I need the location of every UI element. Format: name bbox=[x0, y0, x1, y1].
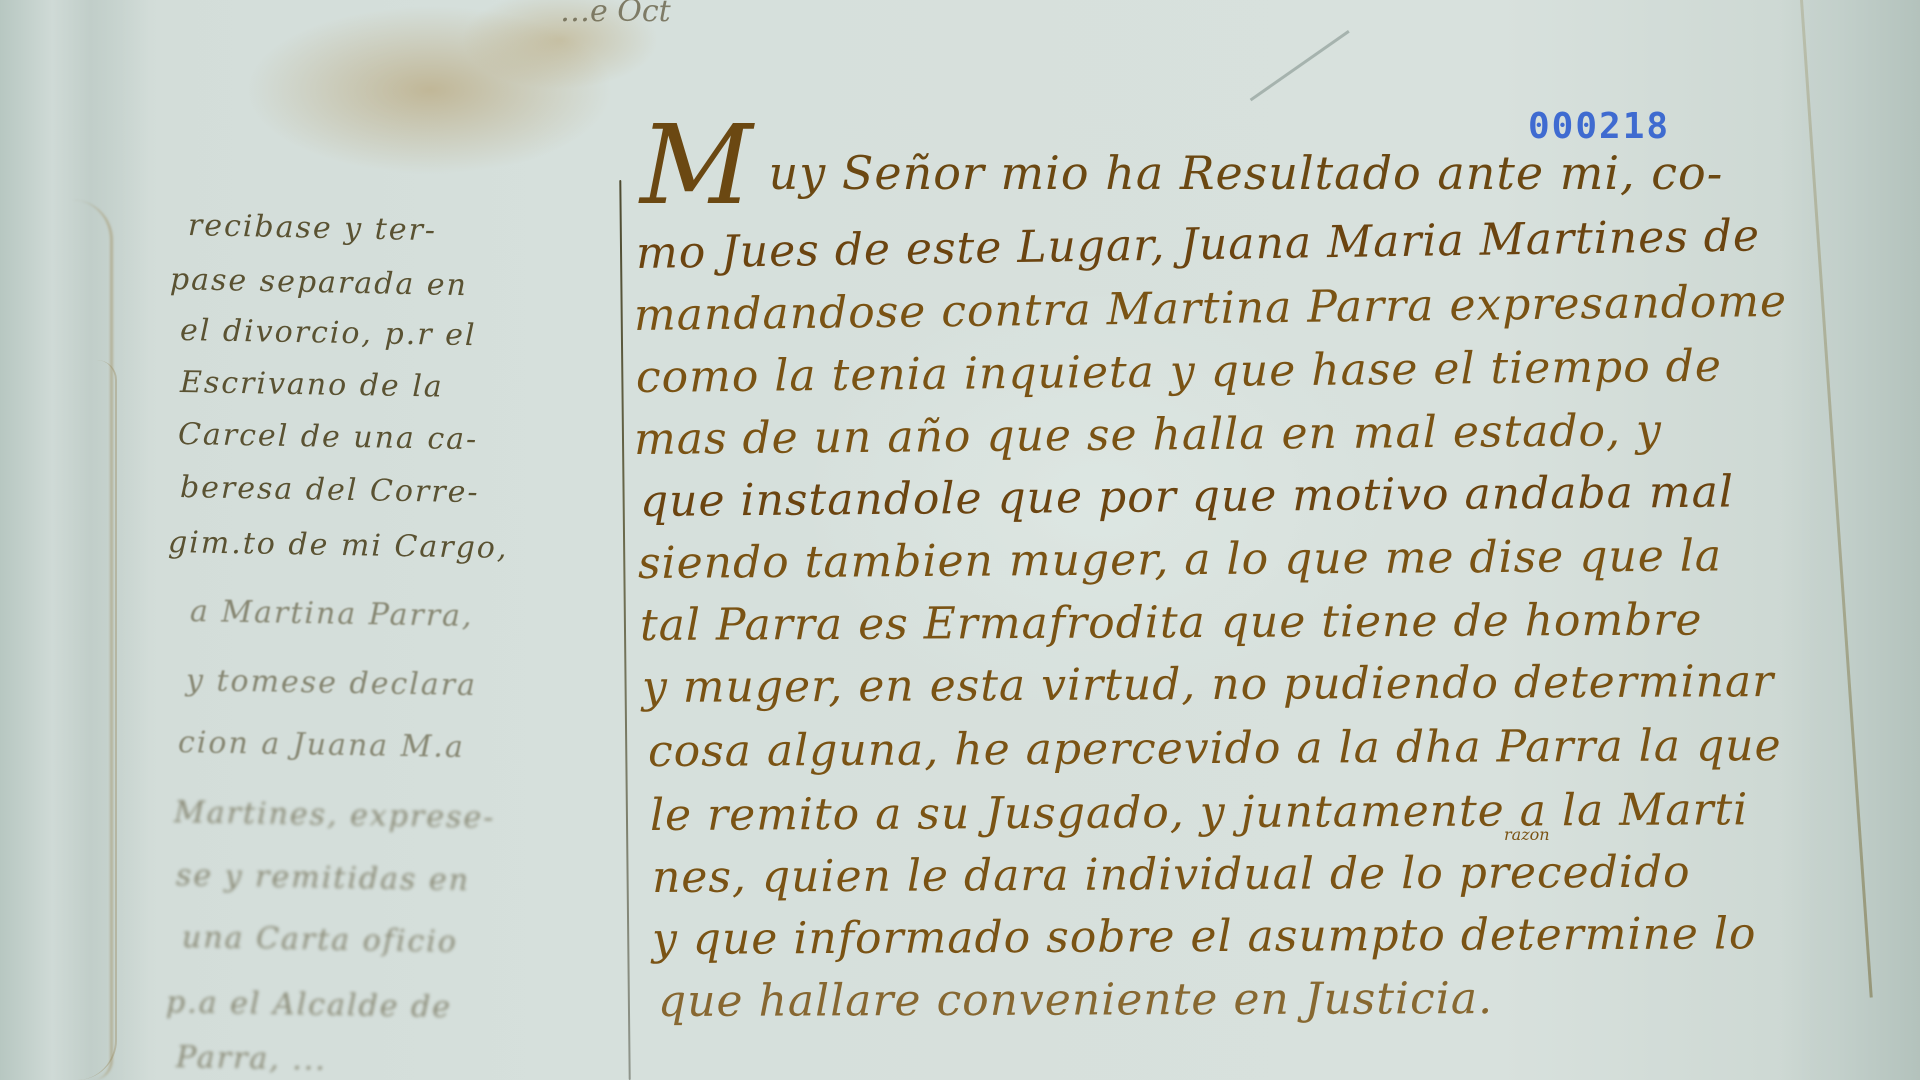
body-line: le remito a su Jusgado, y juntamente a l… bbox=[650, 784, 1749, 841]
body-line: como la tenia inquieta y que hase el tie… bbox=[636, 341, 1722, 403]
body-line: siendo tambien muger, a lo que me dise q… bbox=[638, 530, 1722, 589]
margin-line: y tomese declara bbox=[186, 663, 478, 703]
salutation: Muy Señor mio ha Resultado ante mi, co- bbox=[640, 110, 1723, 220]
margin-line: Carcel de una ca- bbox=[178, 417, 479, 457]
salutation-initial: M bbox=[640, 101, 753, 229]
margin-line: el divorcio, p.r el bbox=[180, 313, 477, 353]
margin-line: Escrivano de la bbox=[180, 365, 444, 405]
paper-edge-right bbox=[1780, 0, 1920, 1080]
body-line: nes, quien le dara individual de lo prec… bbox=[652, 847, 1691, 903]
margin-line: Martines, exprese- bbox=[174, 795, 496, 836]
torn-edge-inner bbox=[55, 360, 117, 1080]
manuscript-photo: …e Oct 000218 recibase y ter- pase separ… bbox=[0, 0, 1920, 1080]
pencil-mark bbox=[1250, 30, 1350, 101]
body-line: mo Jues de este Lugar, Juana Maria Marti… bbox=[636, 210, 1761, 279]
margin-line: se y remitidas en bbox=[176, 858, 471, 898]
margin-line: p.a el Alcalde de bbox=[166, 985, 453, 1025]
margin-line: a Martina Parra, bbox=[190, 594, 474, 634]
body-line: que instandole que por que motivo andaba… bbox=[640, 466, 1734, 527]
margin-divider-line bbox=[619, 180, 630, 1080]
margin-line: Parra, ... bbox=[176, 1040, 328, 1078]
body-line: y muger, en esta virtud, no pudiendo det… bbox=[642, 656, 1774, 713]
margin-line: recibase y ter- bbox=[188, 208, 438, 248]
margin-line: cion a Juana M.a bbox=[178, 725, 465, 765]
margin-line: una Carta oficio bbox=[182, 920, 459, 960]
body-line: mandandose contra Martina Parra expresan… bbox=[634, 276, 1788, 341]
margin-line: beresa del Corre- bbox=[180, 470, 480, 510]
margin-line: pase separada en bbox=[170, 262, 469, 303]
body-line: tal Parra es Ermafrodita que tiene de ho… bbox=[640, 594, 1703, 651]
body-line: que hallare conveniente en Justicia. bbox=[658, 973, 1493, 1027]
body-line: y que informado sobre el asumpto determi… bbox=[652, 908, 1757, 965]
margin-line: gim.to de mi Cargo, bbox=[168, 525, 509, 566]
body-line: mas de un año que se halla en mal estado… bbox=[634, 405, 1662, 465]
top-note: …e Oct bbox=[560, 0, 671, 29]
body-line: cosa alguna, he apercevido a la dha Parr… bbox=[648, 720, 1782, 777]
interlinear-insertion: razon bbox=[1504, 825, 1550, 844]
salutation-text: uy Señor mio ha Resultado ante mi, co- bbox=[769, 146, 1724, 200]
